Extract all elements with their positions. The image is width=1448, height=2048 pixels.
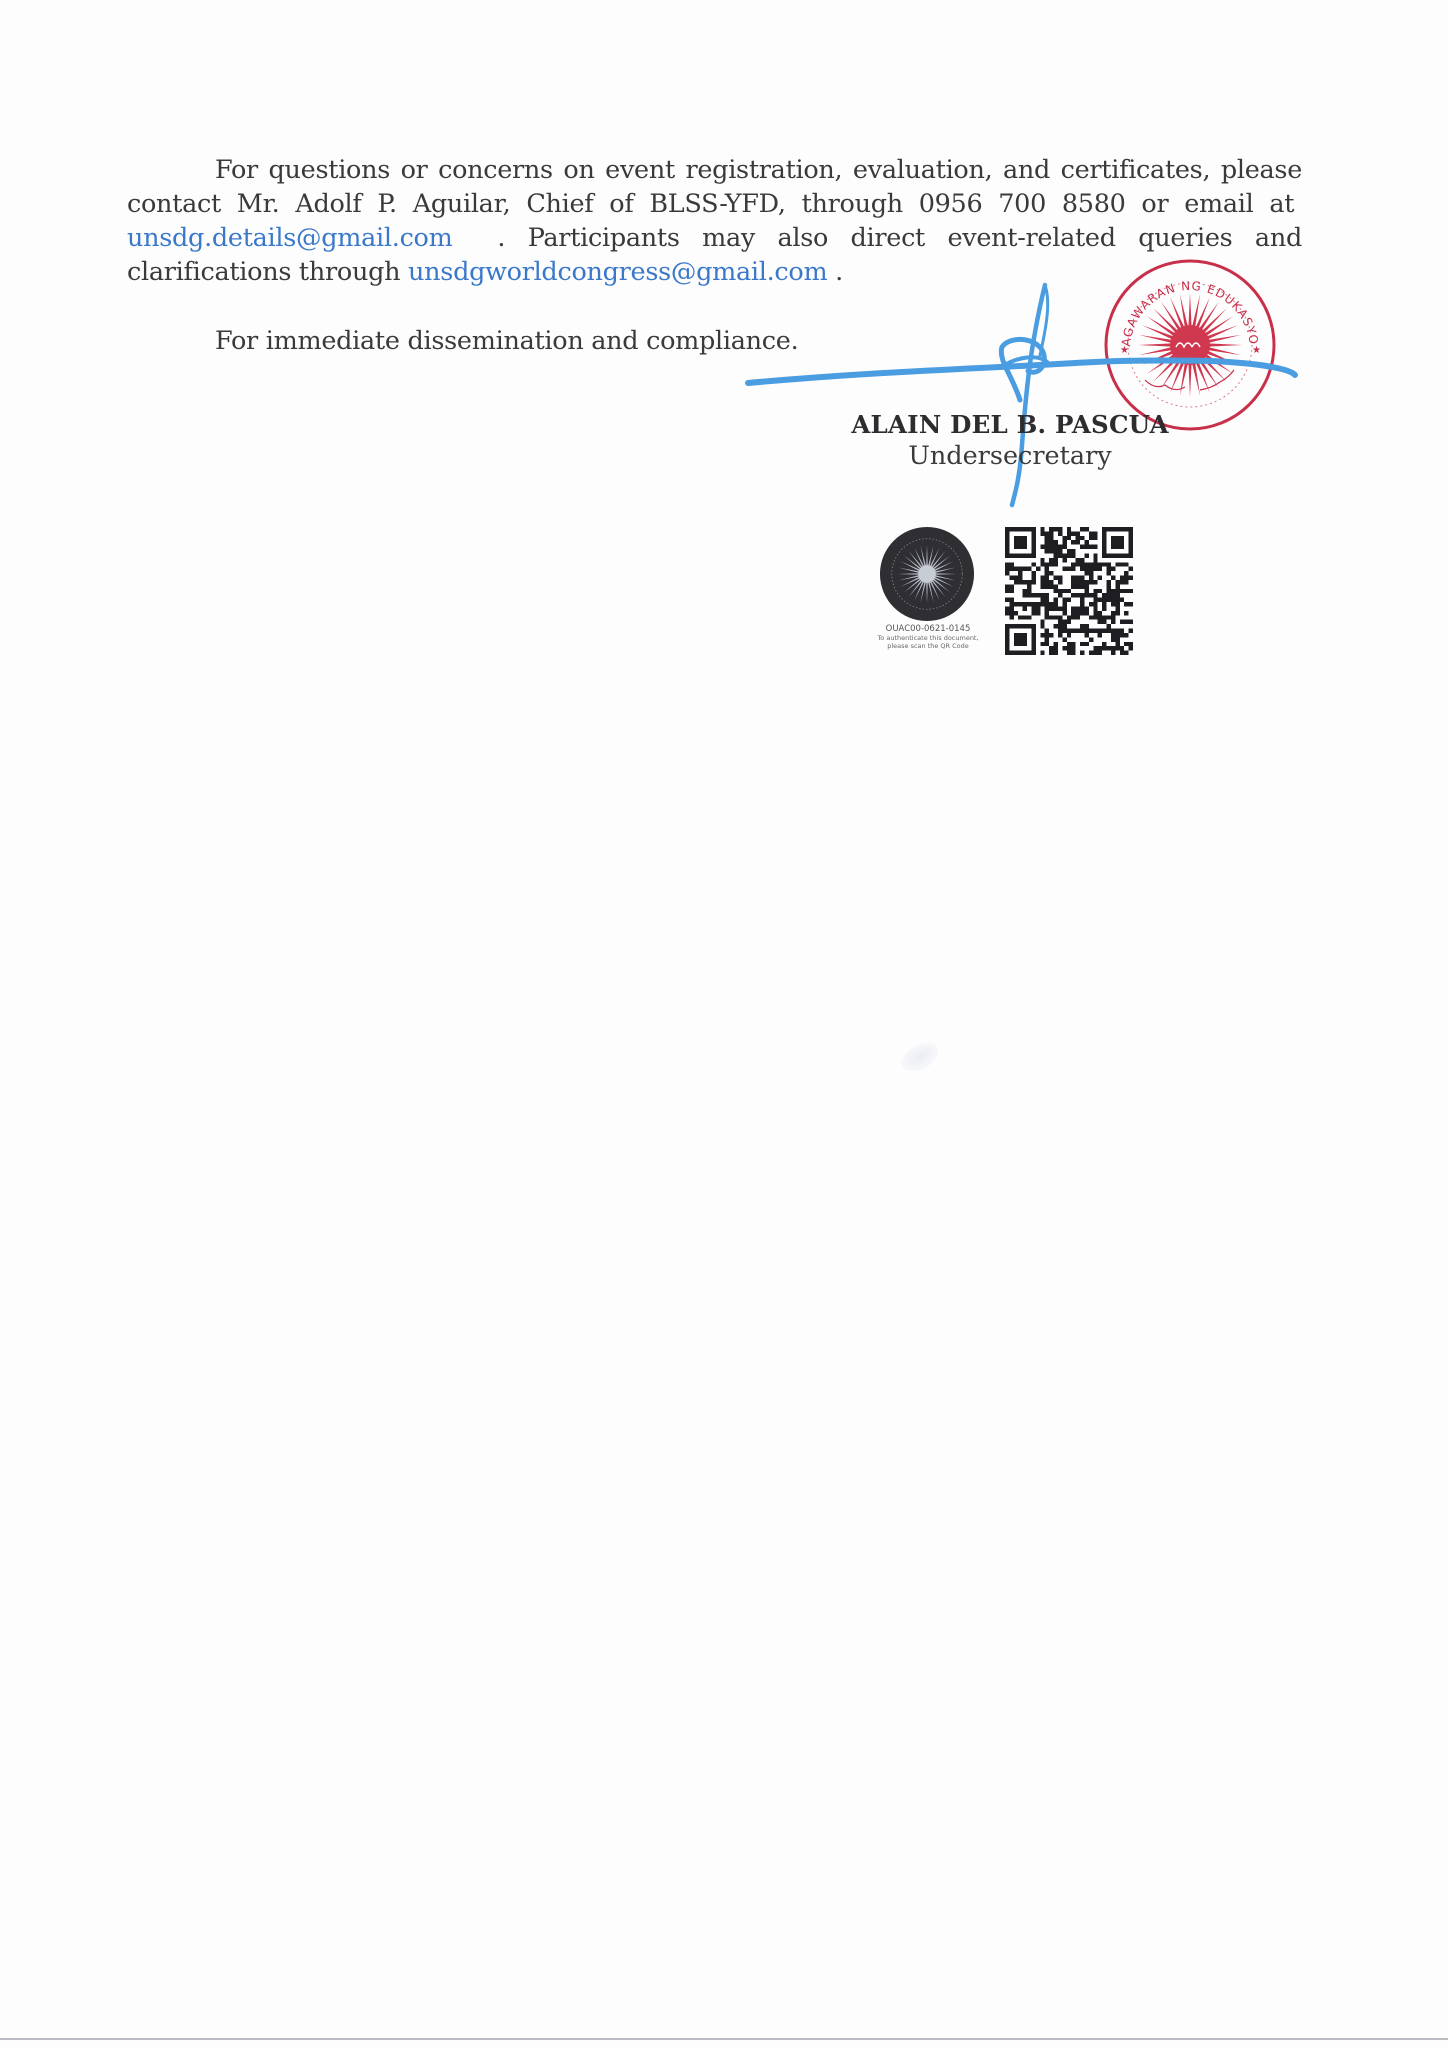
authentication-code: OUAC00-0621-0145 bbox=[848, 624, 1008, 634]
contact-text-3: . bbox=[835, 257, 843, 287]
closing-paragraph: For immediate dissemination and complian… bbox=[215, 324, 798, 358]
authentication-caption: OUAC00-0621-0145 To authenticate this do… bbox=[848, 624, 1008, 650]
email-link-details[interactable]: unsdg.details@gmail.com bbox=[127, 223, 452, 253]
authentication-seal-icon bbox=[878, 525, 976, 623]
document-page: For questions or concerns on event regis… bbox=[0, 0, 1448, 2048]
svg-text:★: ★ bbox=[1120, 345, 1129, 356]
svg-text:★: ★ bbox=[1252, 345, 1261, 356]
signatory-title: Undersecretary bbox=[790, 441, 1230, 471]
page-bottom-edge bbox=[0, 2038, 1448, 2040]
qr-code-icon[interactable] bbox=[1005, 527, 1133, 655]
authentication-note-2: please scan the QR Code bbox=[848, 642, 1008, 650]
scan-smudge bbox=[897, 1037, 944, 1078]
contact-text-1: For questions or concerns on event regis… bbox=[127, 155, 1302, 219]
email-link-congress[interactable]: unsdgworldcongress@gmail.com bbox=[408, 257, 827, 287]
authentication-note-1: To authenticate this document, bbox=[848, 634, 1008, 642]
deped-seal-icon: KAGAWARAN NG EDUKASYON ★ ★ bbox=[1100, 255, 1280, 435]
signatory-block: ALAIN DEL B. PASCUA Undersecretary bbox=[790, 410, 1230, 471]
signatory-name: ALAIN DEL B. PASCUA bbox=[790, 410, 1230, 439]
